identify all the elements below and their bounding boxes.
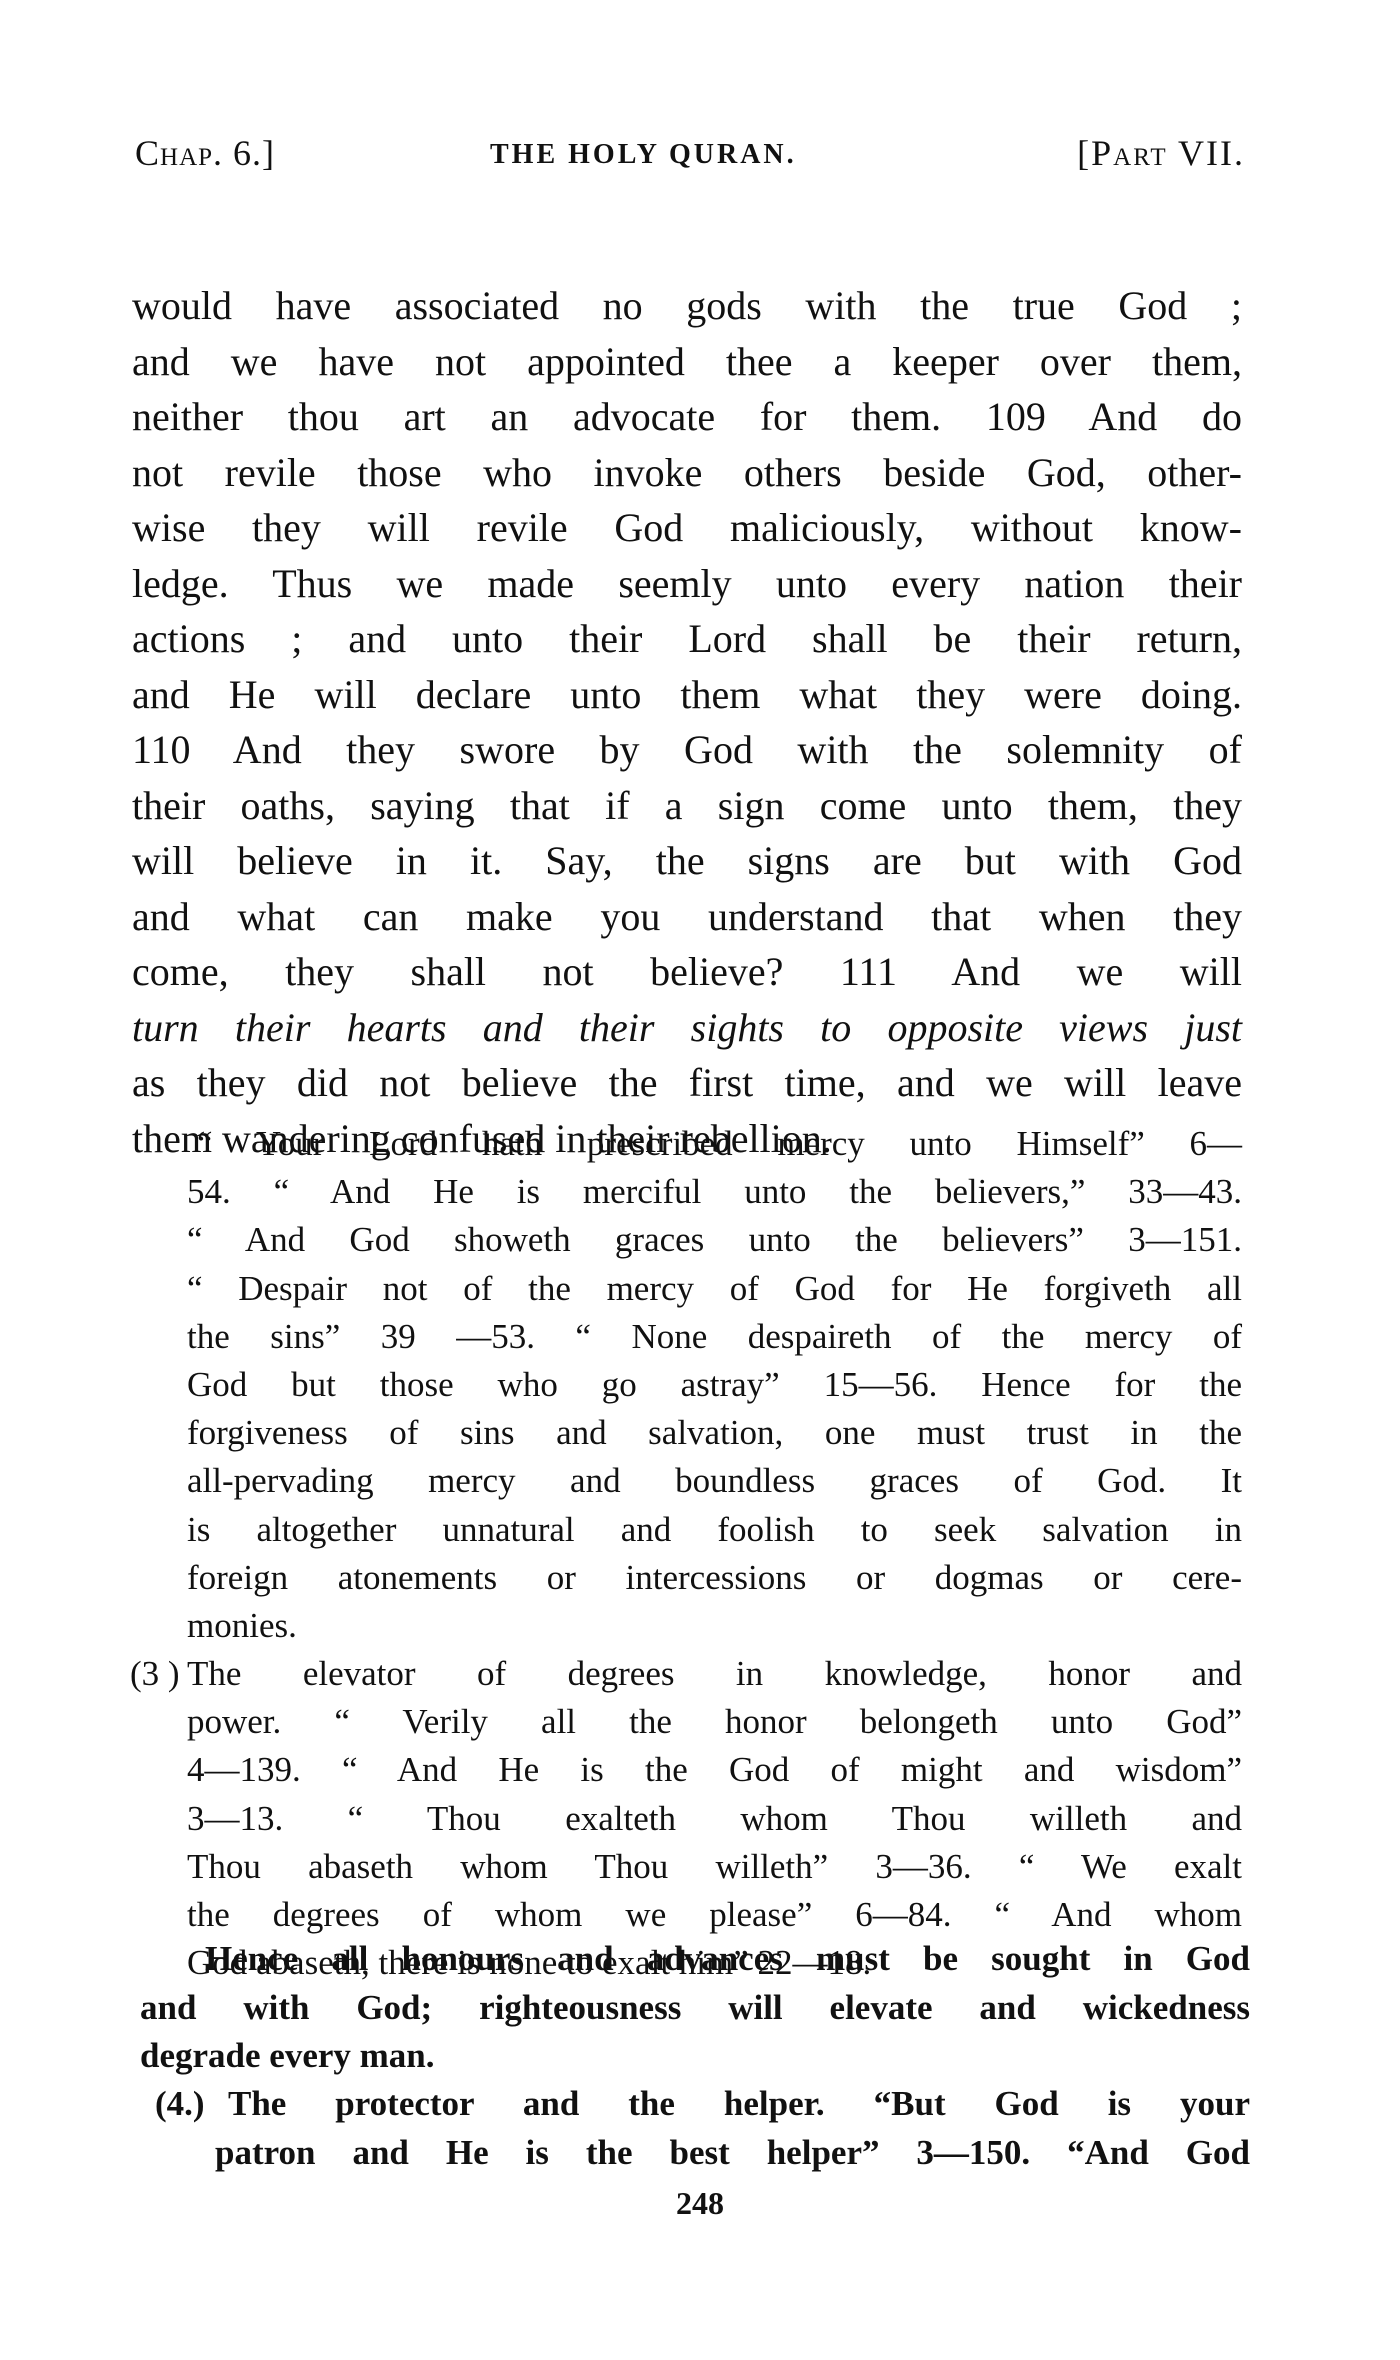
commentary-notes: “ Your Lord hath prescribed mercy unto H… bbox=[132, 1120, 1242, 1987]
note-line: power. “ Verily all the honor belongeth … bbox=[187, 1698, 1242, 1746]
note-line: all-pervading mercy and boundless graces… bbox=[187, 1457, 1242, 1505]
text-line: their oaths, saying that if a sign come … bbox=[132, 778, 1242, 834]
item-marker: (4.) bbox=[155, 2080, 205, 2129]
text-line: ledge. Thus we made seemly unto every na… bbox=[132, 556, 1242, 612]
book-title: THE HOLY QURAN. bbox=[490, 130, 797, 180]
text-line: would have associated no gods with the t… bbox=[132, 278, 1242, 334]
text-line: actions ; and unto their Lord shall be t… bbox=[132, 611, 1242, 667]
text-line: 110 And they swore by God with the solem… bbox=[132, 722, 1242, 778]
note-line: 54. “ And He is merciful unto the believ… bbox=[187, 1168, 1242, 1216]
chapter-label: Chap. 6.] bbox=[135, 128, 275, 178]
para-line: Hence all honours and advances must be s… bbox=[140, 1935, 1250, 1984]
item-marker: (3 ) bbox=[130, 1650, 180, 1698]
note-line: Thou abaseth whom Thou willeth” 3—36. “ … bbox=[187, 1843, 1242, 1891]
note-line: God but those who go astray” 15—56. Henc… bbox=[187, 1361, 1242, 1409]
note-line: forgiveness of sins and salvation, one m… bbox=[187, 1409, 1242, 1457]
note-line: monies. bbox=[187, 1602, 1242, 1650]
para-line: degrade every man. bbox=[140, 2032, 1250, 2081]
note-line: is altogether unnatural and foolish to s… bbox=[187, 1506, 1242, 1554]
text-line: and we have not appointed thee a keeper … bbox=[132, 334, 1242, 390]
para-line: The protector and the helper. “But God i… bbox=[228, 2080, 1250, 2129]
note-line: 4—139. “ And He is the God of might and … bbox=[187, 1746, 1242, 1794]
para-line: patron and He is the best helper” 3—150.… bbox=[215, 2129, 1250, 2178]
para-line: and with God; righteousness will elevate… bbox=[140, 1984, 1250, 2033]
page-number: 248 bbox=[0, 2185, 1400, 2222]
note-line: the degrees of whom we please” 6—84. “ A… bbox=[187, 1891, 1242, 1939]
text-line: will believe in it. Say, the signs are b… bbox=[132, 833, 1242, 889]
note-line: 3—13. “ Thou exalteth whom Thou willeth … bbox=[187, 1795, 1242, 1843]
text-line: come, they shall not believe? 111 And we… bbox=[132, 944, 1242, 1000]
text-line: turn their hearts and their sights to op… bbox=[132, 1000, 1242, 1056]
text-line: wise they will revile God maliciously, w… bbox=[132, 500, 1242, 556]
text-line: and what can make you understand that wh… bbox=[132, 889, 1242, 945]
note-line: “ Your Lord hath prescribed mercy unto H… bbox=[187, 1120, 1242, 1168]
honours-paragraph: Hence all honours and advances must be s… bbox=[140, 1935, 1250, 2081]
text-line: neither thou art an advocate for them. 1… bbox=[132, 389, 1242, 445]
running-head: Chap. 6.] THE HOLY QURAN. [Part VII. bbox=[135, 128, 1245, 178]
mercy-note: “ Your Lord hath prescribed mercy unto H… bbox=[187, 1120, 1242, 1650]
text-line: as they did not believe the first time, … bbox=[132, 1055, 1242, 1111]
text-line: and He will declare unto them what they … bbox=[132, 667, 1242, 723]
note-line: foreign atonements or intercessions or d… bbox=[187, 1554, 1242, 1602]
note-line: the sins” 39 —53. “ None despaireth of t… bbox=[187, 1313, 1242, 1361]
note-line: “ And God showeth graces unto the believ… bbox=[187, 1216, 1242, 1264]
note-line: The elevator of degrees in knowledge, ho… bbox=[187, 1650, 1242, 1698]
book-page: Chap. 6.] THE HOLY QURAN. [Part VII. wou… bbox=[0, 0, 1400, 2360]
note-line: “ Despair not of the mercy of God for He… bbox=[187, 1265, 1242, 1313]
text-line: not revile those who invoke others besid… bbox=[132, 445, 1242, 501]
main-verse-text: would have associated no gods with the t… bbox=[132, 278, 1242, 1166]
numbered-item-4: (4.) The protector and the helper. “But … bbox=[160, 2080, 1250, 2177]
part-label: [Part VII. bbox=[1077, 128, 1245, 178]
